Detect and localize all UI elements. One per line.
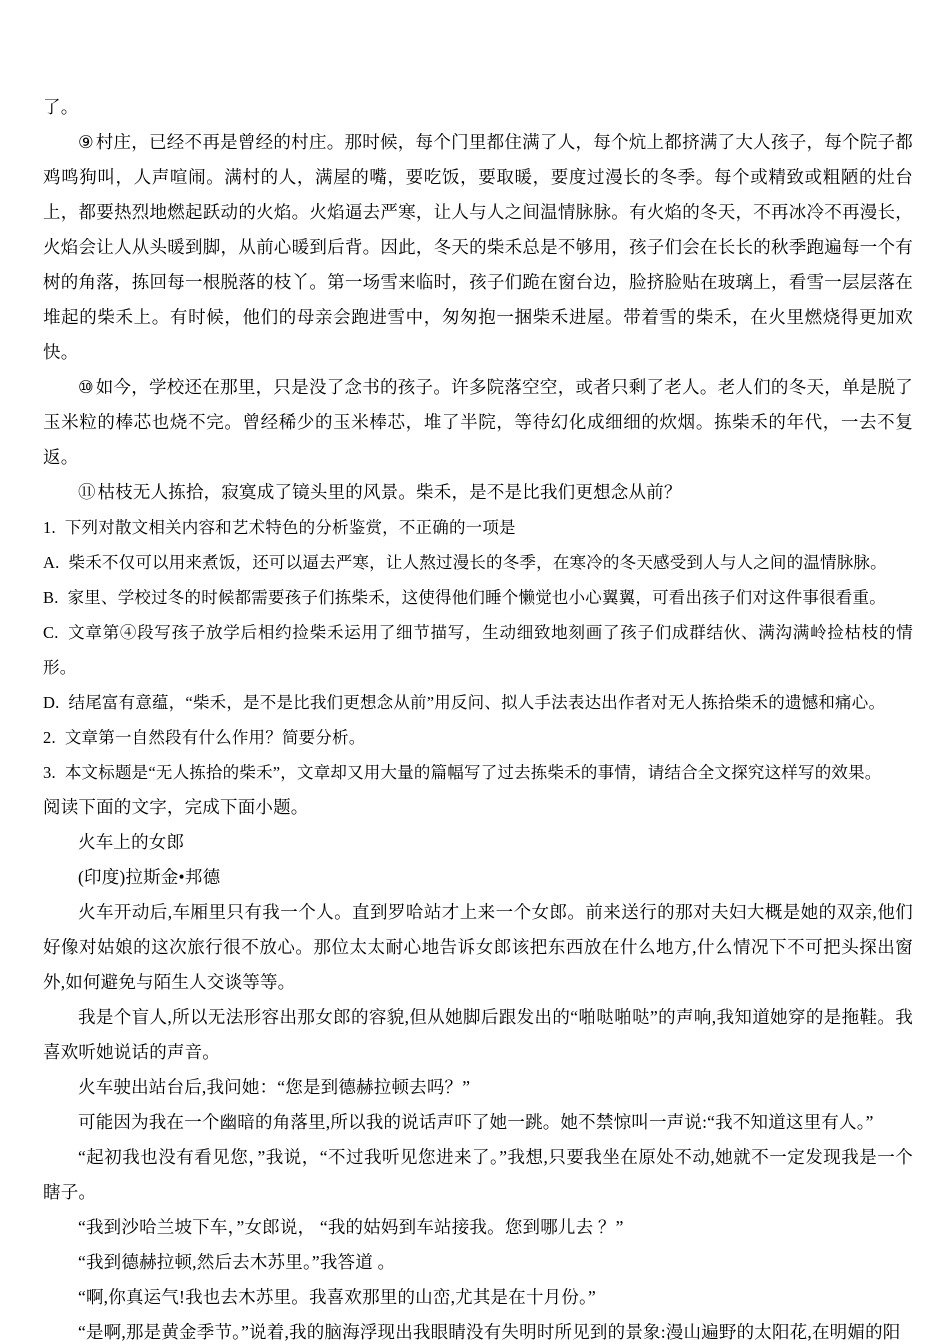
paragraph-text: 如今，学校还在那里，只是没了念书的孩子。许多院落空空，或者只剩了老人。老人们的冬…: [43, 377, 913, 467]
story-paragraph-3: 火车驶出站台后,我问她：“您是到德赫拉顿去吗？”: [43, 1070, 913, 1105]
question-1: 1.下列对散文相关内容和艺术特色的分析鉴赏，不正确的一项是: [43, 510, 913, 545]
option-b-text: 家里、学校过冬的时候都需要孩子们拣柴禾，这使得他们睡个懒觉也小心翼翼，可看出孩子…: [68, 588, 886, 607]
question-2-number: 2.: [43, 728, 56, 747]
option-c: C.文章第④段写孩子放学后相约捡柴禾运用了细节描写，生动细致地刻画了孩子们成群结…: [43, 615, 913, 685]
question-1-number: 1.: [43, 518, 56, 537]
option-c-text: 文章第④段写孩子放学后相约捡柴禾运用了细节描写，生动细致地刻画了孩子们成群结伙、…: [43, 623, 913, 677]
document-page: 了。 ⑨村庄，已经不再是曾经的村庄。那时候，每个门里都住满了人，每个炕上都挤满了…: [0, 0, 950, 1344]
essay-paragraph-10: ⑩如今，学校还在那里，只是没了念书的孩子。许多院落空空，或者只剩了老人。老人们的…: [43, 370, 913, 475]
story-paragraph-4: 可能因为我在一个幽暗的角落里,所以我的说话声吓了她一跳。她不禁惊叫一声说:“我不…: [43, 1105, 913, 1140]
question-2-text: 文章第一自然段有什么作用？简要分析。: [65, 728, 366, 747]
option-c-letter: C.: [43, 623, 59, 642]
paragraph-text: 村庄，已经不再是曾经的村庄。那时候，每个门里都住满了人，每个炕上都挤满了大人孩子…: [43, 132, 913, 362]
option-d-letter: D.: [43, 693, 59, 712]
essay-paragraph-9: ⑨村庄，已经不再是曾经的村庄。那时候，每个门里都住满了人，每个炕上都挤满了大人孩…: [43, 125, 913, 370]
question-3-text: 本文标题是“无人拣拾的柴禾”，文章却又用大量的篇幅写了过去拣柴禾的事情，请结合全…: [65, 763, 882, 782]
story-paragraph-9: “是啊,那是黄金季节。”说着,我的脑海浮现出我眼睛没有失明时所见到的景象:漫山遍…: [43, 1315, 913, 1344]
essay-paragraph-11: ⑪枯枝无人拣拾，寂寞成了镜头里的风景。柴禾，是不是比我们更想念从前？: [43, 475, 913, 510]
story-author: (印度)拉斯金•邦德: [43, 860, 913, 895]
question-3-number: 3.: [43, 763, 56, 782]
story-paragraph-5: “起初我也没有看见您，”我说，“不过我听见您进来了。”我想,只要我坐在原处不动,…: [43, 1140, 913, 1210]
option-a: A.柴禾不仅可以用来煮饭，还可以逼去严寒，让人熬过漫长的冬季，在寒冷的冬天感受到…: [43, 545, 913, 580]
option-d-text: 结尾富有意蕴，“柴禾，是不是比我们更想念从前”用反问、拟人手法表达出作者对无人拣…: [69, 693, 886, 712]
story-paragraph-6: “我到沙哈兰坡下车，”女郎说， “我的姑妈到车站接我。您到哪儿去 ？”: [43, 1210, 913, 1245]
option-d: D.结尾富有意蕴，“柴禾，是不是比我们更想念从前”用反问、拟人手法表达出作者对无…: [43, 685, 913, 720]
option-b-letter: B.: [43, 588, 59, 607]
continuation-line: 了。: [43, 90, 913, 125]
story-paragraph-2: 我是个盲人,所以无法形容出那女郎的容貌,但从她脚后跟发出的“啪哒啪哒”的声响,我…: [43, 1000, 913, 1070]
paragraph-number-9: ⑨: [78, 132, 94, 152]
paragraph-number-11: ⑪: [78, 482, 96, 502]
story-paragraph-7: “我到德赫拉顿,然后去木苏里。”我答道 。: [43, 1245, 913, 1280]
question-3: 3.本文标题是“无人拣拾的柴禾”，文章却又用大量的篇幅写了过去拣柴禾的事情，请结…: [43, 755, 913, 790]
option-b: B.家里、学校过冬的时候都需要孩子们拣柴禾，这使得他们睡个懒觉也小心翼翼，可看出…: [43, 580, 913, 615]
reading-instruction: 阅读下面的文字，完成下面小题。: [43, 790, 913, 825]
option-a-letter: A.: [43, 553, 59, 572]
paragraph-number-10: ⑩: [78, 377, 94, 397]
paragraph-text: 枯枝无人拣拾，寂寞成了镜头里的风景。柴禾，是不是比我们更想念从前？: [97, 482, 681, 502]
question-2: 2.文章第一自然段有什么作用？简要分析。: [43, 720, 913, 755]
story-paragraph-1: 火车开动后,车厢里只有我一个人。直到罗哈站才上来一个女郎。前来送行的那对夫妇大概…: [43, 895, 913, 1000]
option-a-text: 柴禾不仅可以用来煮饭，还可以逼去严寒，让人熬过漫长的冬季，在寒冷的冬天感受到人与…: [69, 553, 887, 572]
story-paragraph-8: “啊,你真运气!我也去木苏里。我喜欢那里的山峦,尤其是在十月份。”: [43, 1280, 913, 1315]
story-title: 火车上的女郎: [43, 825, 913, 860]
question-1-text: 下列对散文相关内容和艺术特色的分析鉴赏，不正确的一项是: [65, 518, 516, 537]
